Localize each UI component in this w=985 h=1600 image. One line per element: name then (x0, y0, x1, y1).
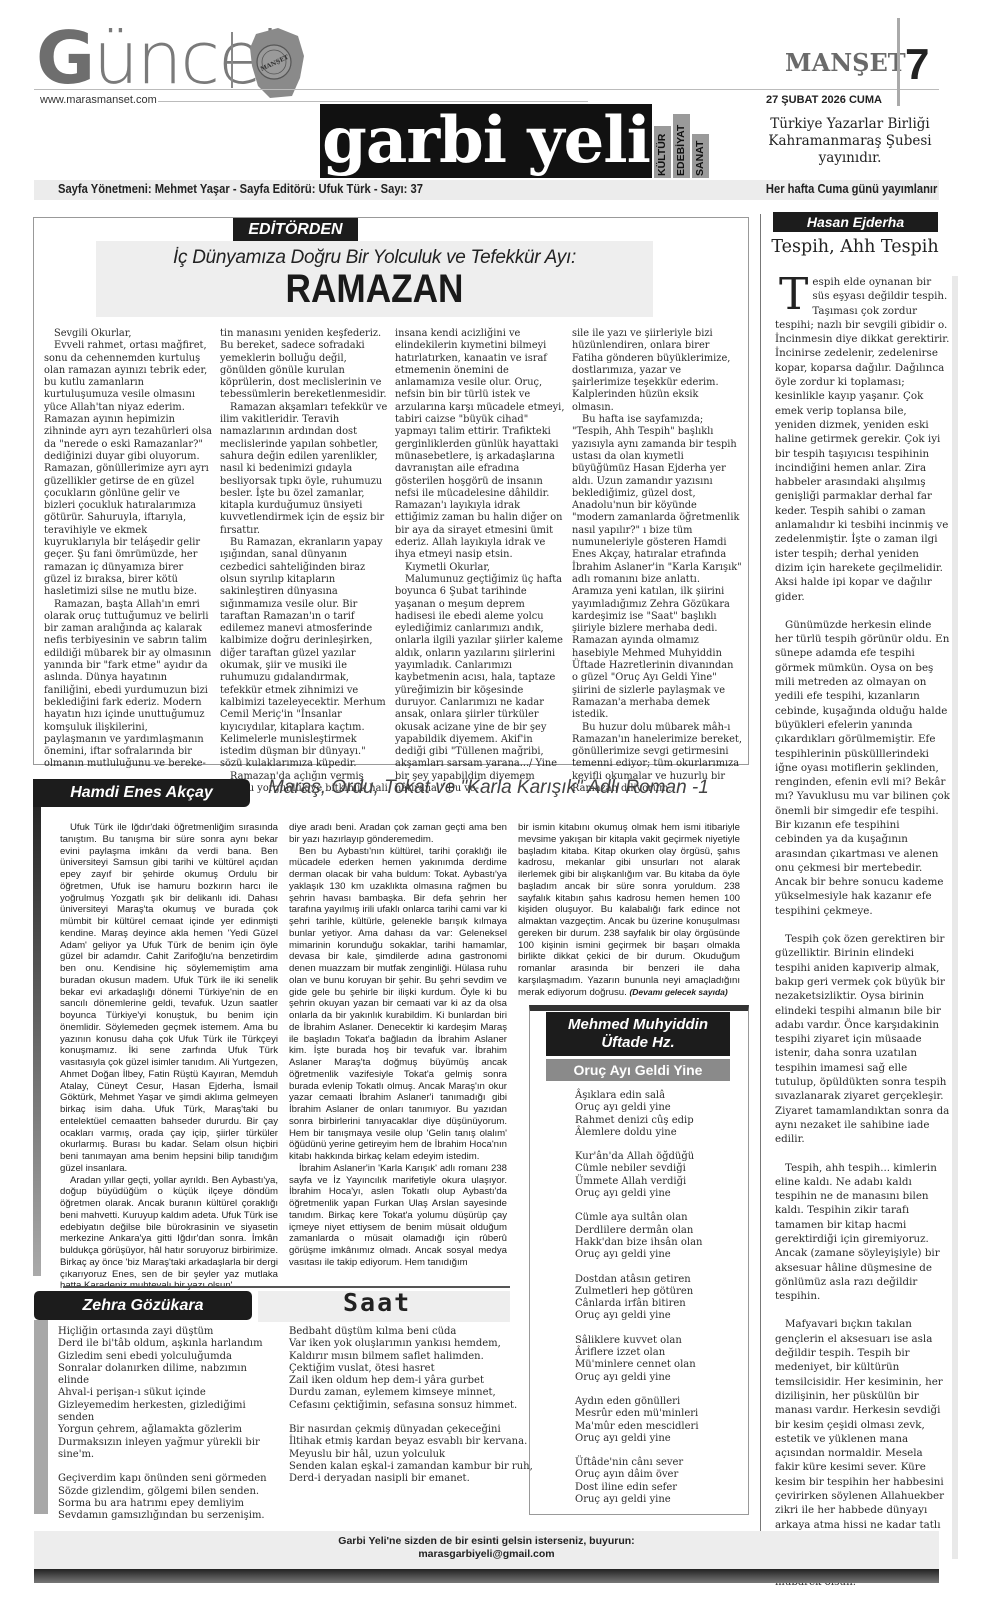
article-title: Tespih, Ahh Tespih (765, 237, 945, 257)
editorial-column-3: insana kendi acizliğini ve elindekilerin… (395, 328, 565, 795)
section-logo: Güncel (36, 22, 278, 94)
poem-left-column: Hiçliğin ortasında zayi düştümDerd ile b… (58, 1326, 278, 1534)
publication-frequency: Her hafta Cuma günü yayımlanır (766, 181, 937, 196)
url-rule (158, 101, 588, 102)
paragraph: Sevgili Okurlar, (44, 328, 212, 340)
poet-label: Zehra Gözükara (34, 1291, 252, 1320)
paragraph: Ufuk Türk ile Iğdır'daki öğretmenliğim s… (60, 822, 278, 1175)
stanza: Kur'ân'da Allah öğdüğüCümle nebiler sevd… (575, 1151, 735, 1200)
article-title: Maraş, Ordu, Tokat ve "Karla Karışık" Ad… (268, 777, 709, 799)
stanza: Bedbaht düştüm kılma beni cüdaVar iken y… (289, 1326, 514, 1412)
stanza: Aydın eden gönülleriMesrûr eden mü'minle… (575, 1396, 735, 1445)
submission-footer: Garbi Yeli'ne sizden de bir esinti gelsi… (34, 1531, 939, 1569)
stanza: Geçiverdim kapı önünden seni görmedenSöz… (58, 1473, 278, 1522)
poem-side-bar (34, 1320, 48, 1514)
paragraph: İbrahim Aslaner'in 'Karla Karışık' adlı … (289, 1163, 507, 1269)
article-column-1: Ufuk Türk ile Iğdır'daki öğretmenliğim s… (60, 822, 278, 1292)
issue-date: 27 ŞUBAT 2026 CUMA (766, 94, 882, 106)
paragraph: Tespih elde oynanan bir süs eşyası değil… (775, 275, 950, 604)
paragraph: sile ile yazı ve şiirleriyle bizi hüzünl… (572, 328, 742, 414)
poem-right-column: Bedbaht düştüm kılma beni cüdaVar iken y… (289, 1326, 514, 1498)
stanza: Üftâde'nin cânı severOruç ayın dâim över… (575, 1457, 735, 1506)
paragraph: Evveli rahmet, ortası mağfiret, sonu da … (44, 340, 212, 598)
poem-title: Saat (343, 1288, 411, 1317)
section-rule (63, 1286, 510, 1288)
paragraph: Ramazan, başta Allah'ın emri olarak oruç… (44, 599, 212, 771)
poem-title: Oruç Ayı Geldi Yine (546, 1059, 730, 1081)
paragraph: Bu Ramazan, ekranların yapay ışığından, … (220, 537, 390, 771)
paragraph: Malumunuz geçtiğimiz üç hafta boyunca 6 … (395, 574, 565, 795)
paragraph: Günümüzde herkesin elinde her türlü tesp… (775, 618, 950, 918)
paragraph: Tespih çok özen gerektiren bir güzellikt… (775, 932, 950, 1146)
paragraph: bir ismin kitabını okumuş olmak hem ismi… (518, 822, 740, 998)
submission-email-link[interactable]: marasgarbiyeli@gmail.com (34, 1548, 939, 1561)
paragraph: tin manasını yeniden keşfederiz. Bu bere… (220, 328, 390, 402)
stanza: Âşıklara edin salâOruç ayı geldi yineRah… (575, 1090, 735, 1139)
editorial-column-4: sile ile yazı ve şiirleriyle bizi hüzünl… (572, 328, 742, 795)
author-label: Hamdi Enes Akçay (33, 779, 250, 807)
poet-label: Mehmed Muhyiddin Üftade Hz. (546, 1012, 730, 1056)
tab-sanat: SANAT (692, 134, 709, 178)
page-divider (897, 18, 900, 106)
column-rule (760, 214, 761, 1559)
editorial-headline: İç Dünyamıza Doğru Bir Yolculuk ve Tefek… (96, 241, 653, 317)
paragraph: Aradan yıllar geçti, yollar ayrıldı. Ben… (60, 1175, 278, 1293)
article-column-2: diye aradı beni. Aradan çok zaman geçti … (289, 822, 507, 1269)
paper-name: MANŞET (785, 48, 906, 77)
continued-note: (Devamı gelecek sayıda) (629, 987, 727, 997)
paragraph: Bu hafta ise sayfamızda; "Tespih, Ahh Te… (572, 414, 742, 721)
submission-invite: Garbi Yeli'ne sizden de bir esinti gelsi… (34, 1535, 939, 1548)
supplement-tabs: KÜLTÜR EDEBİYAT SANAT (654, 104, 712, 178)
article-side-bar (33, 792, 41, 1276)
stanza: Hiçliğin ortasında zayi düştümDerd ile b… (58, 1326, 278, 1461)
publisher-note: Türkiye Yazarlar Birliği Kahramanmaraş Ş… (760, 116, 940, 167)
paragraph: insana kendi acizliğini ve elindekilerin… (395, 328, 565, 562)
editorial-column-1: Sevgili Okurlar, Evveli rahmet, ortası m… (44, 328, 212, 771)
column-shade (952, 276, 958, 1559)
paragraph: Tespih, ahh tespih... kimlerin eline kal… (775, 1161, 950, 1304)
editorial-label: EDİTÖRDEN (233, 218, 358, 241)
page-number: 7 (905, 40, 929, 90)
paragraph: Kıymetli Okurlar, (395, 562, 565, 574)
editorial-column-2: tin manasını yeniden keşfederiz. Bu bere… (220, 328, 390, 795)
paragraph: Ramazan akşamları tefekkür ve ilim vakit… (220, 402, 390, 537)
author-label: Hasan Ejderha (773, 212, 938, 232)
paragraph: Ben bu Aybastı'nın kültürel, tarihi çora… (289, 846, 507, 1163)
logo-divider (231, 32, 233, 88)
tab-kultur: KÜLTÜR (654, 126, 671, 178)
stanza: Dostdan atâsın getirenZulmetleri hep göt… (575, 1274, 735, 1323)
poem-body: Âşıklara edin salâOruç ayı geldi yineRah… (575, 1090, 735, 1518)
editorial-subtitle: İç Dünyamıza Doğru Bir Yolculuk ve Tefek… (96, 247, 653, 269)
page-credits: Sayfa Yönetmeni: Mehmet Yaşar - Sayfa Ed… (58, 181, 423, 196)
site-url-link[interactable]: www.marasmanset.com (40, 94, 157, 106)
article-body: Tespih elde oynanan bir süs eşyası değil… (775, 275, 950, 1589)
drop-cap: T (779, 277, 808, 313)
tab-edebiyat: EDEBİYAT (673, 114, 690, 178)
paragraph: diye aradı beni. Aradan çok zaman geçti … (289, 822, 507, 846)
article-column-3: bir ismin kitabını okumuş olmak hem ismi… (518, 822, 740, 998)
footer-band (34, 1569, 939, 1583)
editorial-title: RAMAZAN (129, 269, 619, 309)
stanza: Cümle aya sultân olanDerdlilere dermân o… (575, 1212, 735, 1261)
stanza: Sâliklere kuvvet olanÂriflere izzet olan… (575, 1335, 735, 1384)
supplement-title: garbi yeli (320, 104, 652, 178)
masthead-rule (34, 89, 939, 90)
stanza: Bir nasırdan çekmiş dünyadan çekeceğiniİ… (289, 1424, 514, 1485)
